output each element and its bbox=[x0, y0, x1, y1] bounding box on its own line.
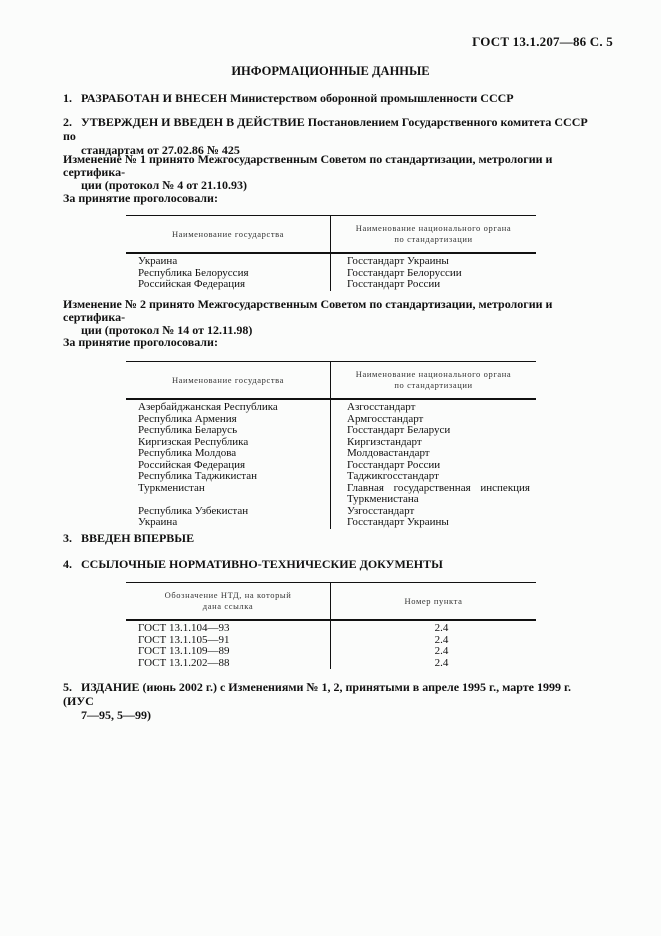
change-1-note: Изменение № 1 принято Межгосударственным… bbox=[63, 153, 603, 192]
page-header-doc-ref: ГОСТ 13.1.207—86 С. 5 bbox=[472, 34, 613, 50]
standards-body-cell: Госстандарт Украины bbox=[331, 517, 537, 529]
clause-cell: 2.4 bbox=[331, 635, 537, 647]
standards-body-cell: Таджикгосстандарт bbox=[331, 471, 537, 483]
item-1-caps: РАЗРАБОТАН И ВНЕСЕН bbox=[81, 91, 227, 105]
table-row: Республика ТаджикистанТаджикгосстандарт bbox=[126, 471, 536, 483]
col-header-state: Наименование государства bbox=[126, 216, 331, 254]
clause-cell: 2.4 bbox=[331, 646, 537, 658]
change-1-voted-label: За принятие проголосовали: bbox=[63, 192, 603, 205]
standards-body-cell: Азгосстандарт bbox=[331, 399, 537, 414]
state-cell: Республика Молдова bbox=[126, 448, 331, 460]
table-row: Российская ФедерацияГосстандарт России bbox=[126, 279, 536, 291]
table-row: Республика МолдоваМолдовастандарт bbox=[126, 448, 536, 460]
item-3: 3.ВВЕДЕН ВПЕРВЫЕ bbox=[63, 531, 603, 545]
state-cell: Республика Беларусь bbox=[126, 425, 331, 437]
state-cell: Азербайджанская Республика bbox=[126, 399, 331, 414]
standards-body-cell: Главная государственная инспекцияТуркмен… bbox=[331, 483, 537, 506]
col-header-state: Наименование государства bbox=[126, 362, 331, 400]
table-row: Азербайджанская РеспубликаАзгосстандарт bbox=[126, 399, 536, 414]
doc-cell: ГОСТ 13.1.109—89 bbox=[126, 646, 331, 658]
standards-body-cell: Молдовастандарт bbox=[331, 448, 537, 460]
col-header-body: Наименование национального органапо стан… bbox=[331, 216, 537, 254]
state-cell: Украина bbox=[126, 253, 331, 268]
doc-cell: ГОСТ 13.1.104—93 bbox=[126, 620, 331, 635]
doc-cell: ГОСТ 13.1.202—88 bbox=[126, 658, 331, 670]
state-cell: Туркменистан bbox=[126, 483, 331, 506]
clause-cell: 2.4 bbox=[331, 620, 537, 635]
vote-table-2: Наименование государства Наименование на… bbox=[126, 361, 536, 529]
table-row: УкраинаГосстандарт Украины bbox=[126, 253, 536, 268]
vote-table-1: Наименование государства Наименование на… bbox=[126, 215, 536, 291]
change-2-note: Изменение № 2 принято Межгосударственным… bbox=[63, 298, 603, 337]
state-cell: Украина bbox=[126, 517, 331, 529]
change-2-voted-label: За принятие проголосовали: bbox=[63, 336, 603, 349]
table-row: Республика УзбекистанУзгосстандарт bbox=[126, 506, 536, 518]
col-header-clause: Номер пункта bbox=[331, 583, 537, 621]
item-5: 5.ИЗДАНИЕ (июнь 2002 г.) с Изменениями №… bbox=[63, 680, 603, 722]
table-row: ГОСТ 13.1.104—932.4 bbox=[126, 620, 536, 635]
standards-body-cell: Госстандарт Беларуси bbox=[331, 425, 537, 437]
state-cell: Российская Федерация bbox=[126, 279, 331, 291]
table-row: ТуркменистанГлавная государственная инсп… bbox=[126, 483, 536, 506]
state-cell: Республика Таджикистан bbox=[126, 471, 331, 483]
table-row: Республика БеларусьГосстандарт Беларуси bbox=[126, 425, 536, 437]
table-row: ГОСТ 13.1.202—882.4 bbox=[126, 658, 536, 670]
table-row: ГОСТ 13.1.109—892.4 bbox=[126, 646, 536, 658]
standards-body-cell: Госстандарт Украины bbox=[331, 253, 537, 268]
standards-body-cell: Госстандарт России bbox=[331, 279, 537, 291]
item-4: 4.ССЫЛОЧНЫЕ НОРМАТИВНО-ТЕХНИЧЕСКИЕ ДОКУМ… bbox=[63, 557, 603, 571]
item-1-text: Министерством оборонной промышленности С… bbox=[230, 91, 514, 105]
item-2: 2.УТВЕРЖДЕН И ВВЕДЕН В ДЕЙСТВИЕ Постанов… bbox=[63, 115, 603, 157]
col-header-body: Наименование национального органапо стан… bbox=[331, 362, 537, 400]
item-1: 1.РАЗРАБОТАН И ВНЕСЕН Министерством обор… bbox=[63, 91, 603, 105]
reference-docs-table: Обозначение НТД, на которыйдана ссылка Н… bbox=[126, 582, 536, 669]
section-title: ИНФОРМАЦИОННЫЕ ДАННЫЕ bbox=[0, 64, 661, 79]
table-row: УкраинаГосстандарт Украины bbox=[126, 517, 536, 529]
col-header-doc: Обозначение НТД, на которыйдана ссылка bbox=[126, 583, 331, 621]
item-2-caps: УТВЕРЖДЕН И ВВЕДЕН В ДЕЙСТВИЕ bbox=[81, 115, 305, 129]
clause-cell: 2.4 bbox=[331, 658, 537, 670]
